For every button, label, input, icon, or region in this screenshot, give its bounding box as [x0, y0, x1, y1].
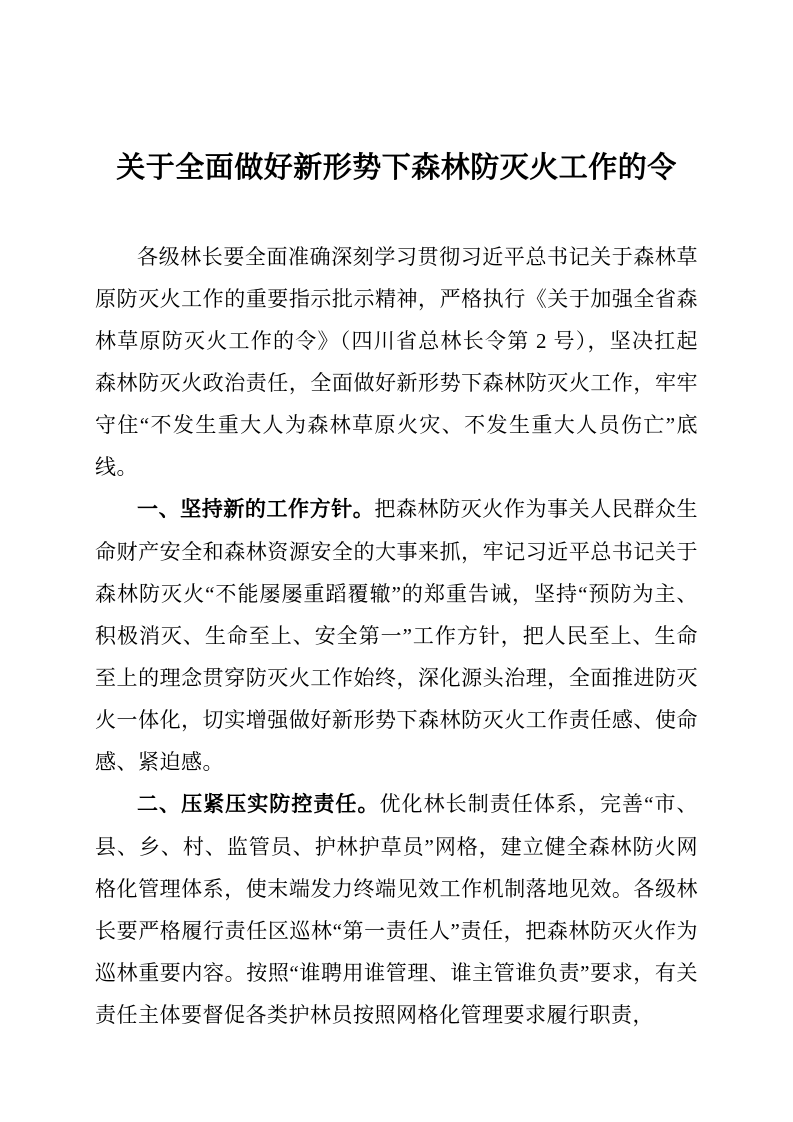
section-2-text: 优化林长制责任体系，完善“市、县、乡、村、监管员、护林护草员”网格，建立健全森林…	[95, 792, 698, 1027]
paragraph-section-1: 一、坚持新的工作方针。把森林防灭火作为事关人民群众生命财产安全和森林资源安全的大…	[95, 488, 698, 783]
document-title: 关于全面做好新形势下森林防灭火工作的令	[95, 146, 698, 190]
section-1-heading: 一、坚持新的工作方针。	[137, 498, 374, 521]
paragraph-intro-text: 各级林长要全面准确深刻学习贯彻习近平总书记关于森林草原防灭火工作的重要指示批示精…	[95, 245, 698, 479]
document-page: 关于全面做好新形势下森林防灭火工作的令 各级林长要全面准确深刻学习贯彻习近平总书…	[0, 0, 793, 1122]
section-2-heading: 二、压紧压实防控责任。	[137, 793, 380, 816]
paragraph-section-2: 二、压紧压实防控责任。优化林长制责任体系，完善“市、县、乡、村、监管员、护林护草…	[95, 783, 698, 1036]
paragraph-intro: 各级林长要全面准确深刻学习贯彻习近平总书记关于森林草原防灭火工作的重要指示批示精…	[95, 236, 698, 488]
section-1-text: 把森林防灭火作为事关人民群众生命财产安全和森林资源安全的大事来抓，牢记习近平总书…	[95, 497, 698, 774]
